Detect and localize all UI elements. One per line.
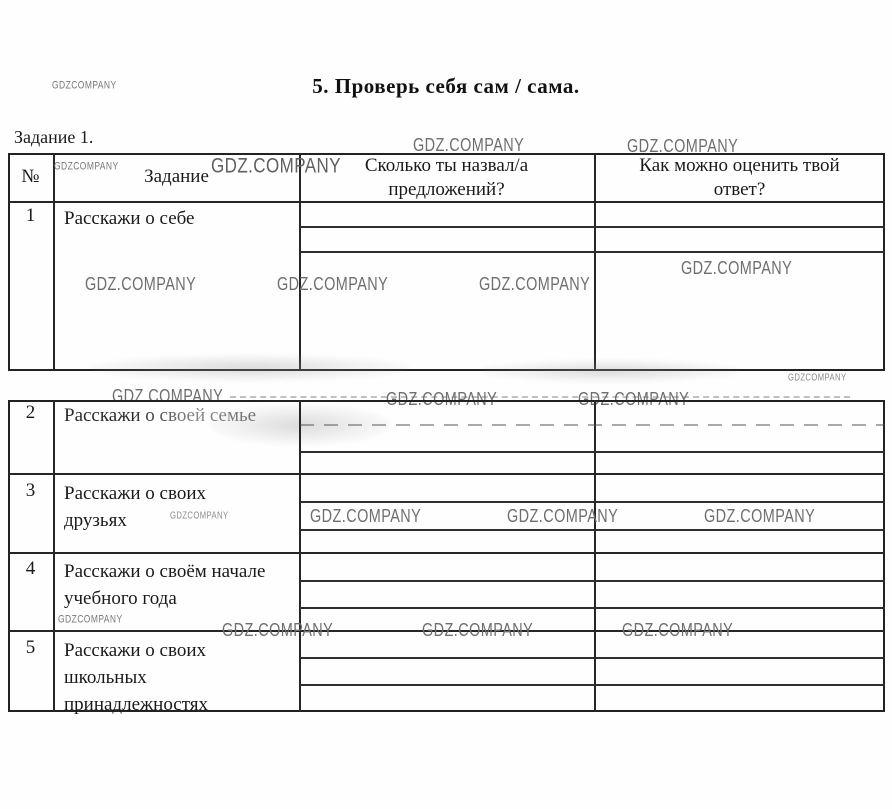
watermark: GDZ.COMPANY xyxy=(479,274,590,296)
row-task-text: Расскажи о своих школьных принадлежностя… xyxy=(64,637,279,718)
answer-line xyxy=(300,251,885,253)
watermark: GDZCOMPANY xyxy=(58,614,123,626)
row-task-text: Расскажи о своих друзьях xyxy=(64,480,244,534)
watermark: GDZ.COMPANY xyxy=(704,506,815,528)
row-number: 1 xyxy=(8,205,53,227)
watermark: GDZ.COMPANY xyxy=(85,274,196,296)
task-label: Задание 1. xyxy=(14,127,93,148)
answer-line xyxy=(300,451,885,453)
answer-line xyxy=(300,657,885,659)
scan-smudge xyxy=(90,355,410,381)
table-2-row-divider xyxy=(8,552,885,554)
watermark: GDZ.COMPANY xyxy=(277,274,388,296)
answer-line xyxy=(300,424,885,426)
page-title: 5. Проверь себя сам / сама. xyxy=(0,74,892,99)
header-cell-number: № xyxy=(8,153,53,201)
watermark: GDZ.COMPANY xyxy=(681,258,792,280)
row-task-text: Расскажи о себе xyxy=(64,205,294,232)
watermark: GDZ.COMPANY xyxy=(507,506,618,528)
answer-line xyxy=(300,580,885,582)
scan-smudge xyxy=(480,360,740,382)
scanned-worksheet-page: GDZCOMPANY 5. Проверь себя сам / сама. З… xyxy=(0,0,892,809)
scan-dash-artifact xyxy=(230,396,850,398)
table-2-col-divider xyxy=(53,400,55,712)
header-number-label: № xyxy=(21,165,39,189)
row-number: 5 xyxy=(8,637,53,659)
row-number: 4 xyxy=(8,558,53,580)
table-2-col-divider xyxy=(299,400,301,712)
watermark: GDZ.COMPANY xyxy=(310,506,421,528)
watermark: GDZCOMPANY xyxy=(788,372,847,383)
row-task-text: Расскажи о своём начале учебного года xyxy=(64,558,299,612)
answer-line xyxy=(300,607,885,609)
row-number: 3 xyxy=(8,480,53,502)
header-count-label: Сколько ты назвал/а предложений? xyxy=(332,154,562,202)
table-2-col-divider xyxy=(594,400,596,712)
watermark: GDZCOMPANY xyxy=(54,161,119,173)
answer-line xyxy=(300,226,885,228)
watermark: GDZ.COMPANY xyxy=(422,620,533,642)
header-evaluate-label: Как можно оценить твой ответ? xyxy=(615,154,865,202)
row-task-text: Расскажи о своей семье xyxy=(64,402,304,429)
table-2-row-divider xyxy=(8,473,885,475)
watermark: GDZ.COMPANY xyxy=(622,620,733,642)
header-task-label: Задание xyxy=(144,165,209,189)
header-cell-evaluate: Как можно оценить твой ответ? xyxy=(594,152,885,204)
row-number: 2 xyxy=(8,402,53,424)
answer-line xyxy=(300,529,885,531)
answer-line xyxy=(300,501,885,503)
header-cell-count: Сколько ты назвал/а предложений? xyxy=(299,152,594,204)
watermark: GDZCOMPANY xyxy=(170,510,229,521)
answer-line xyxy=(300,684,885,686)
